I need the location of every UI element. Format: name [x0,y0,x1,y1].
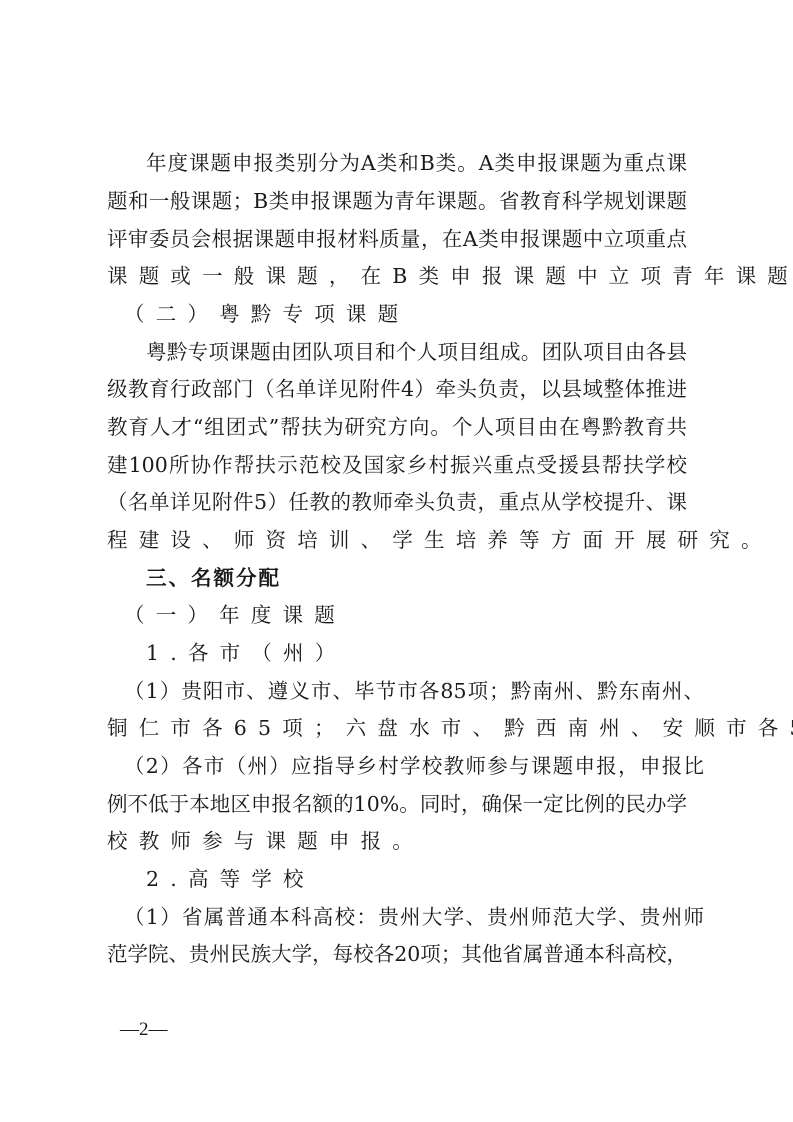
text-line: 例不低于本地区申报名额的10%。同时，确保一定比例的民办学 [107,789,687,819]
text-line: 程建设、师资培训、学生培养等方面开展研究。 [107,525,687,555]
text-line: （二）粤黔专项课题 [124,299,704,329]
text-line: 级教育行政部门（名单详见附件4）牵头负责，以县域整体推进 [107,374,687,404]
text-line: 铜仁市各65项；六盘水市、黔西南州、安顺市各55项。 [107,713,687,743]
text-line: （1）贵阳市、遵义市、毕节市各85项；黔南州、黔东南州、 [124,676,704,706]
page-number: —2— [120,1018,168,1042]
text-line: 课题或一般课题，在B类申报课题中立项青年课题。 [107,261,687,291]
text-line: 粤黔专项课题由团队项目和个人项目组成。团队项目由各县 [146,337,687,367]
text-line: 范学院、贵州民族大学，每校各20项；其他省属普通本科高校， [107,939,687,969]
text-line: （2）各市（州）应指导乡村学校教师参与课题申报，申报比 [124,751,704,781]
document-page: 年度课题申报类别分为A类和B类。A类申报课题为重点课题和一般课题；B类申报课题为… [0,0,793,1122]
text-line: （名单详见附件5）任教的教师牵头负责，重点从学校提升、课 [107,487,687,517]
text-line: 2.高等学校 [146,864,687,894]
text-line: 教育人才“组团式”帮扶为研究方向。个人项目由在粤黔教育共 [107,412,687,442]
section-heading: 三、名额分配 [146,563,687,593]
text-line: 1.各市（州） [146,638,687,668]
text-line: 校教师参与课题申报。 [107,826,687,856]
text-line: 题和一般课题；B类申报课题为青年课题。省教育科学规划课题 [107,186,687,216]
text-line: 年度课题申报类别分为A类和B类。A类申报课题为重点课 [146,148,687,178]
text-line: （一）年度课题 [124,600,704,630]
text-line: 评审委员会根据课题申报材料质量，在A类申报课题中立项重点 [107,224,687,254]
text-line: （1）省属普通本科高校：贵州大学、贵州师范大学、贵州师 [124,902,704,932]
text-line: 建100所协作帮扶示范校及国家乡村振兴重点受援县帮扶学校 [107,450,687,480]
